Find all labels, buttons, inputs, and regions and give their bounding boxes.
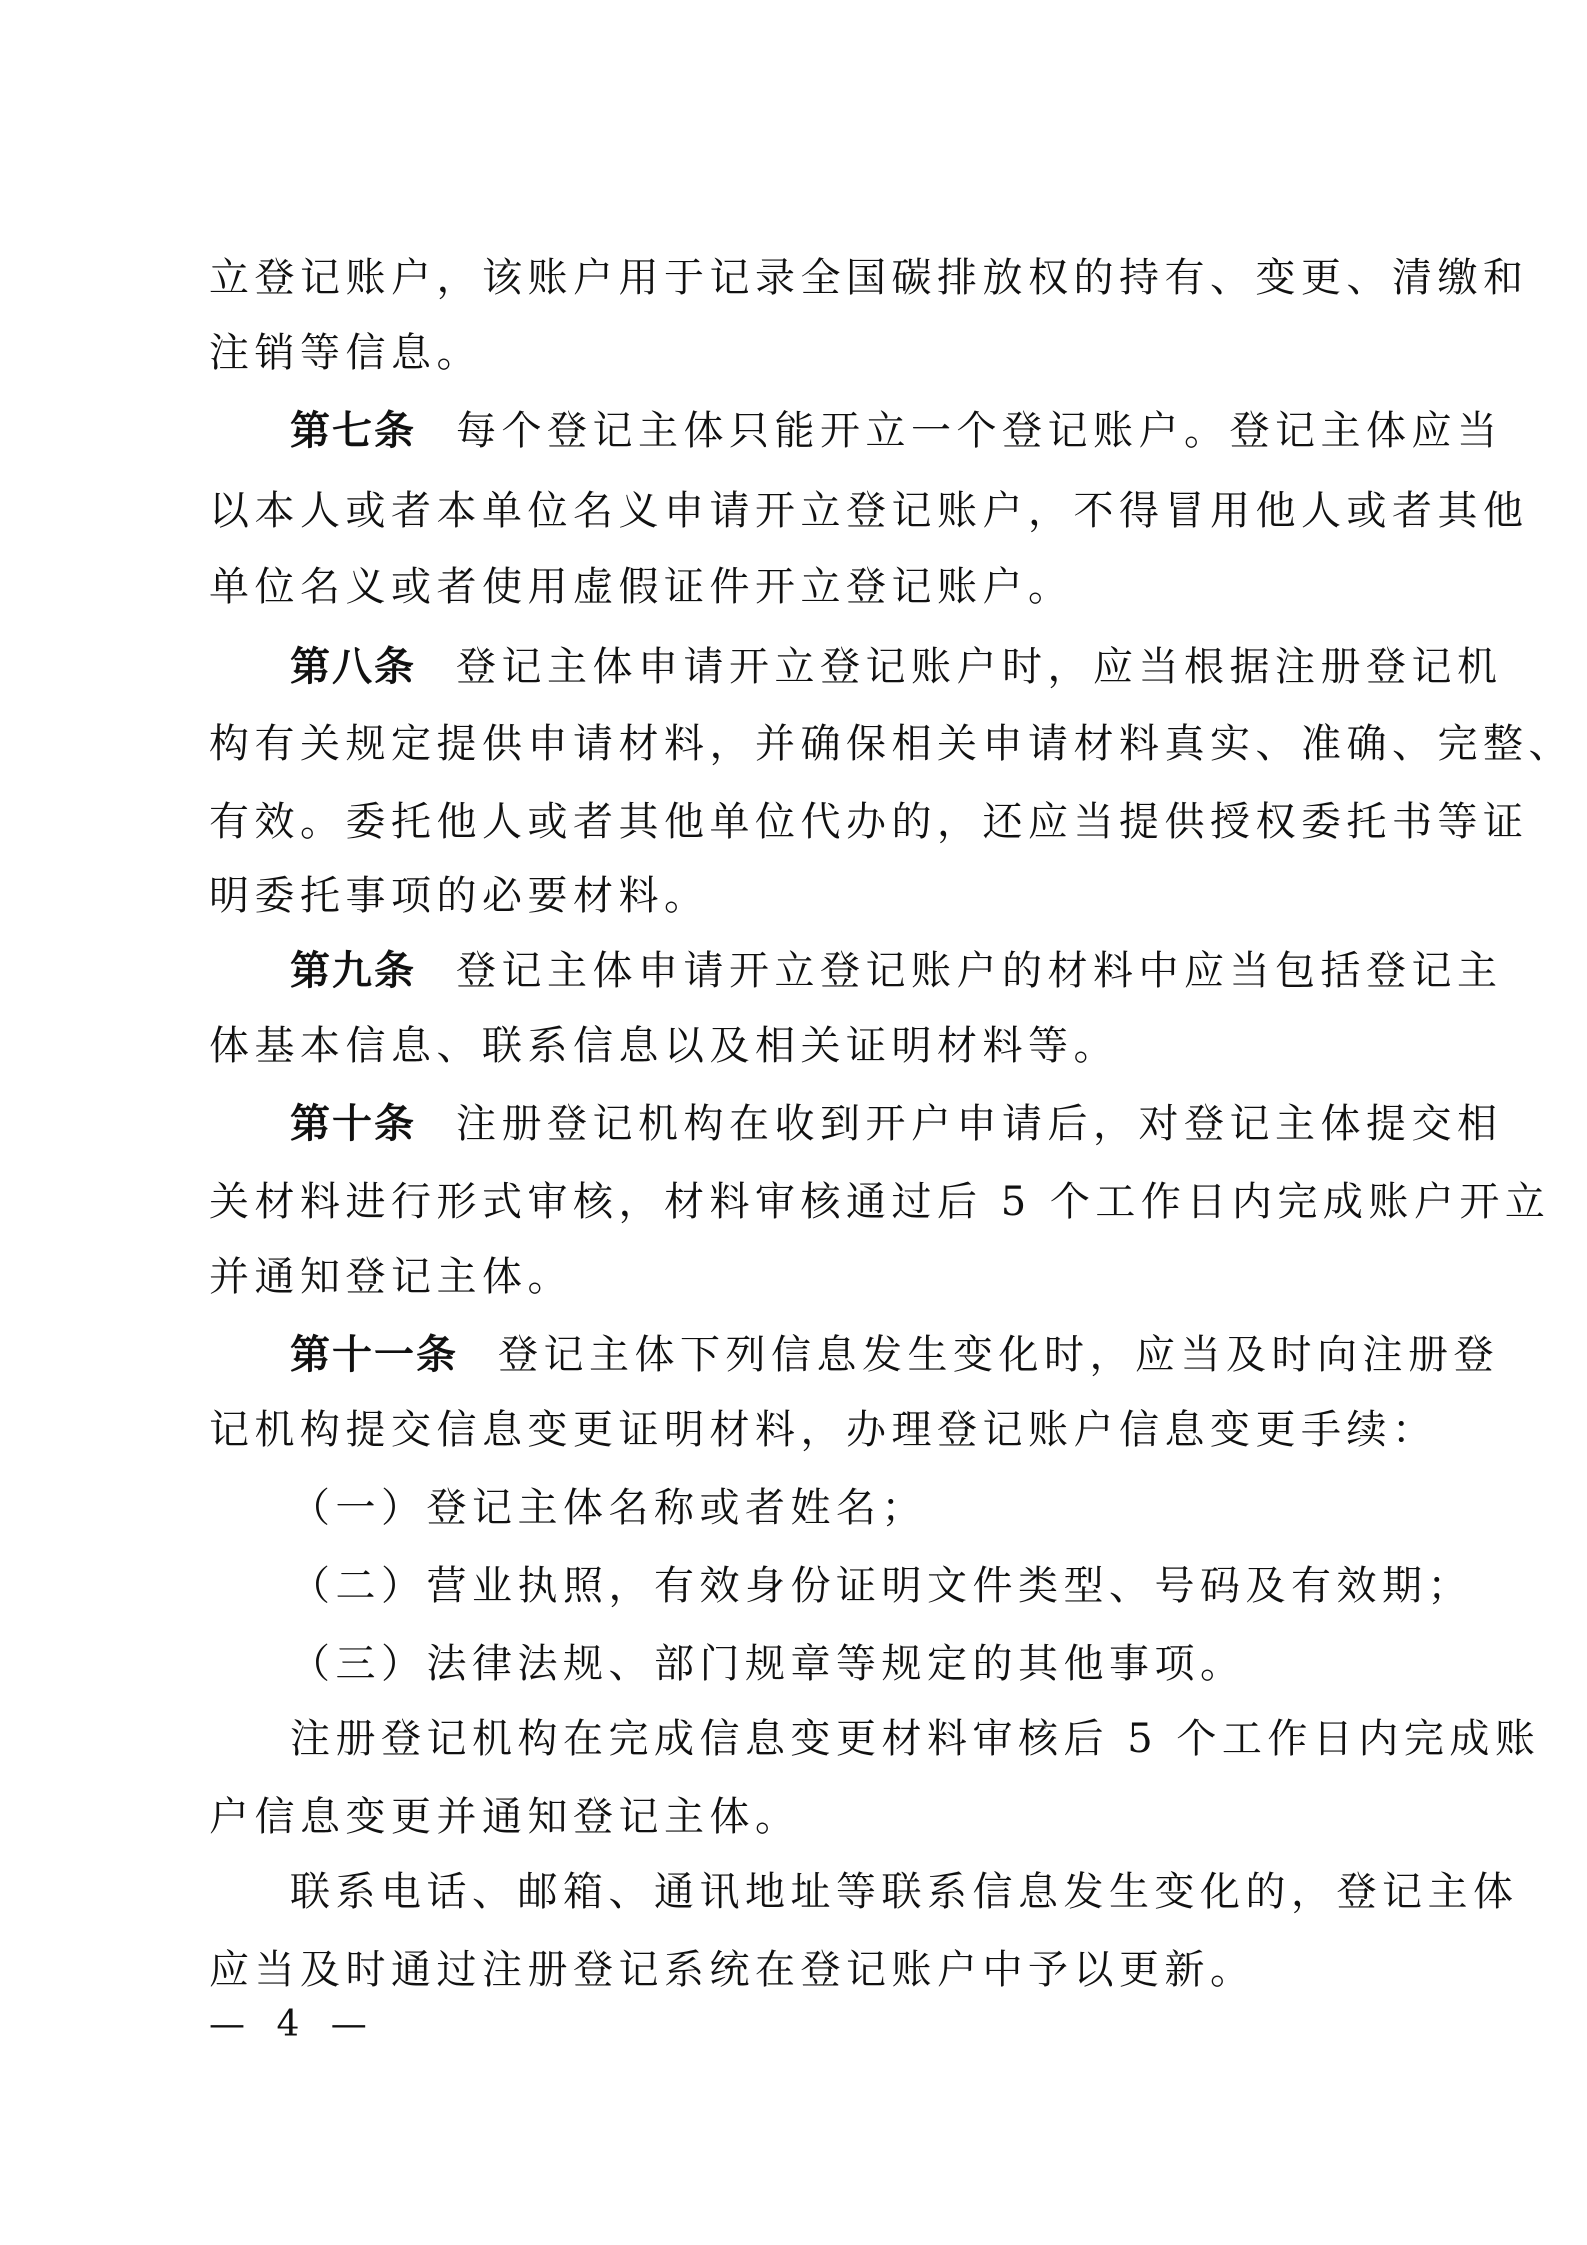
text-line: 应当及时通过注册登记系统在登记账户中予以更新。 <box>209 1945 1389 1995</box>
page-number: — 4 — <box>209 2003 377 2047</box>
list-item: （一）登记主体名称或者姓名； <box>290 1483 1470 1533</box>
list-item: （二）营业执照，有效身份证明文件类型、号码及有效期； <box>290 1561 1470 1611</box>
article-9: 第九条登记主体申请开立登记账户的材料中应当包括登记主 <box>290 946 1470 996</box>
text-line: 有效。委托他人或者其他单位代办的，还应当提供授权委托书等证 <box>209 797 1389 847</box>
article-heading: 第十条 <box>290 1101 416 1147</box>
text-line: 关材料进行形式审核，材料审核通过后 5 个工作日内完成账户开立 <box>209 1177 1389 1227</box>
article-7: 第七条每个登记主体只能开立一个登记账户。登记主体应当 <box>290 406 1470 456</box>
text-line: 体基本信息、联系信息以及相关证明材料等。 <box>209 1021 1389 1071</box>
text-line: 并通知登记主体。 <box>209 1252 1389 1302</box>
article-heading: 第九条 <box>290 948 416 994</box>
text-line: 记机构提交信息变更证明材料，办理登记账户信息变更手续： <box>209 1405 1389 1455</box>
text-line: 以本人或者本单位名义申请开立登记账户，不得冒用他人或者其他 <box>209 486 1389 536</box>
text-line: 注册登记机构在完成信息变更材料审核后 5 个工作日内完成账 <box>290 1714 1470 1764</box>
text-line: 联系电话、邮箱、通讯地址等联系信息发生变化的，登记主体 <box>290 1867 1470 1917</box>
article-heading: 第七条 <box>290 408 416 454</box>
article-10: 第十条注册登记机构在收到开户申请后，对登记主体提交相 <box>290 1099 1470 1149</box>
text-line: 构有关规定提供申请材料，并确保相关申请材料真实、准确、完整、 <box>209 719 1389 769</box>
text-line: 注销等信息。 <box>209 328 1389 378</box>
list-item: （三）法律法规、部门规章等规定的其他事项。 <box>290 1639 1470 1689</box>
text-line: 立登记账户，该账户用于记录全国碳排放权的持有、变更、清缴和 <box>209 253 1389 303</box>
article-heading: 第十一条 <box>290 1332 458 1378</box>
text-line: 明委托事项的必要材料。 <box>209 871 1389 921</box>
text-line: 单位名义或者使用虚假证件开立登记账户。 <box>209 562 1389 612</box>
article-8: 第八条登记主体申请开立登记账户时，应当根据注册登记机 <box>290 642 1470 692</box>
article-heading: 第八条 <box>290 644 416 690</box>
article-11: 第十一条登记主体下列信息发生变化时，应当及时向注册登 <box>290 1330 1470 1380</box>
text-line: 户信息变更并通知登记主体。 <box>209 1792 1389 1842</box>
